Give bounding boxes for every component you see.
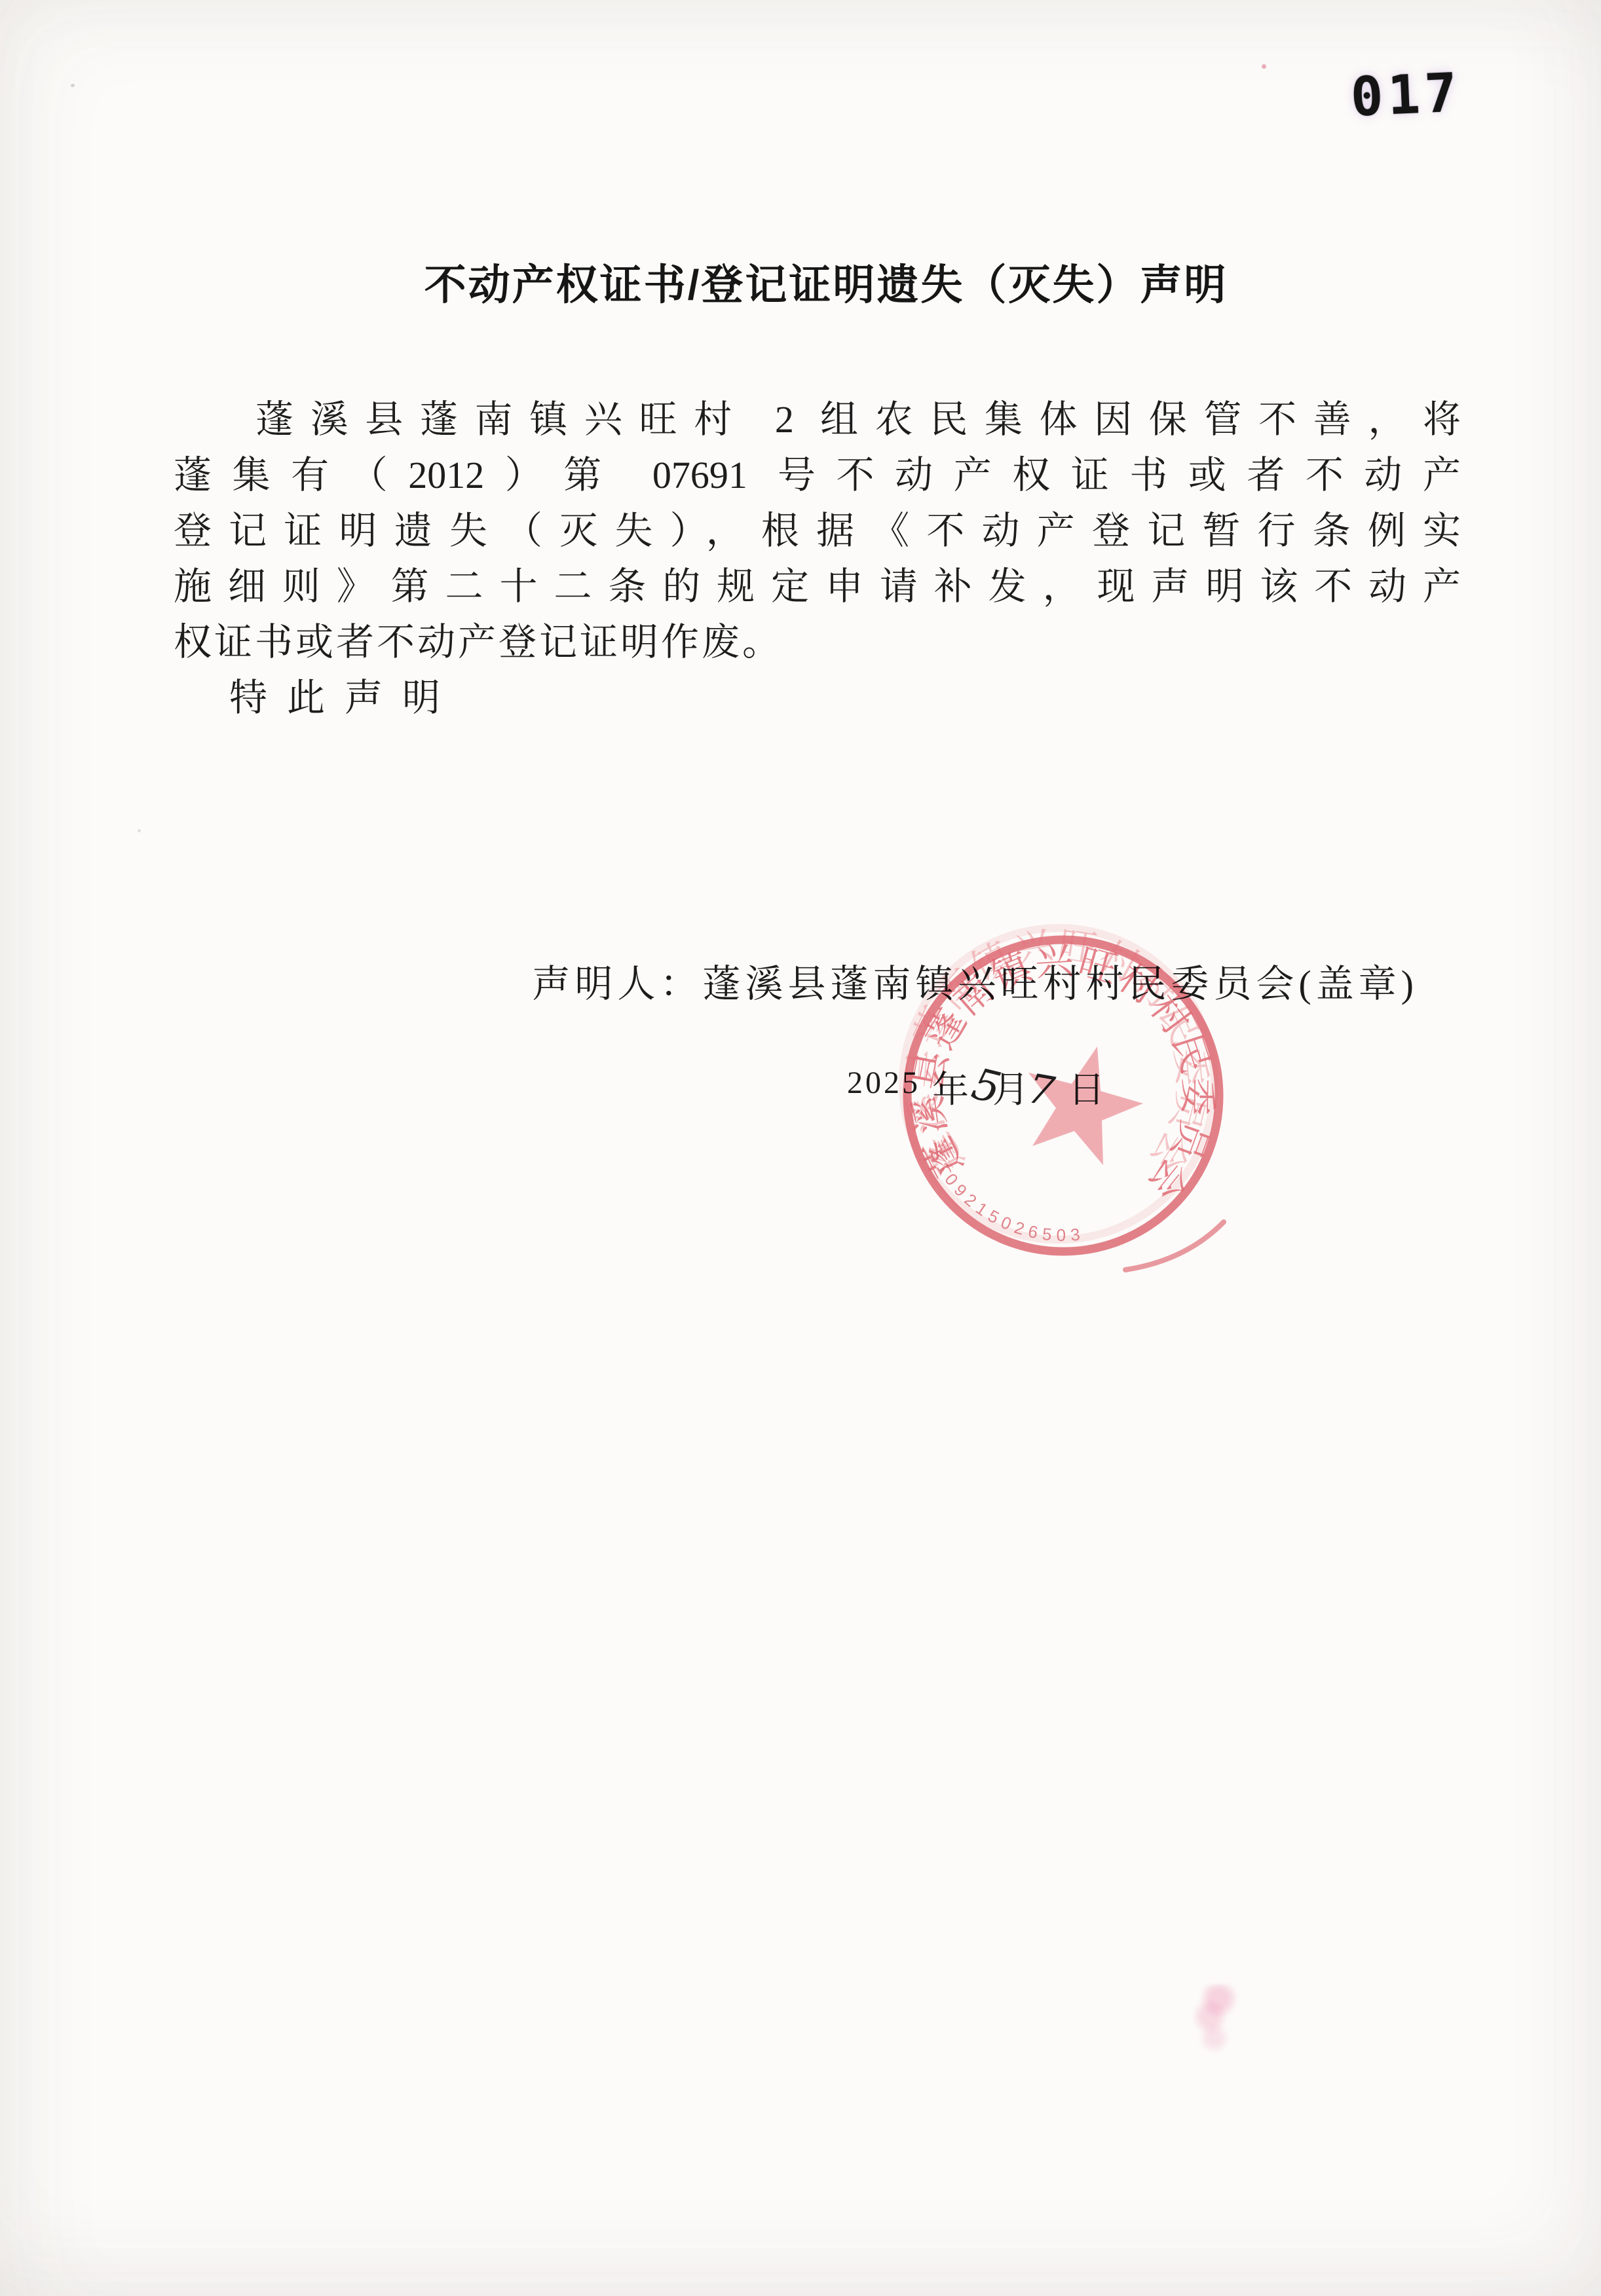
body-line: 权证书或者不动产登记证明作废。 [174, 614, 1461, 670]
body-line: 蓬溪县蓬南镇兴旺村 2 组农民集体因保管不善，将 [174, 392, 1461, 447]
scanned-document-page: 017 不动产权证书/登记证明遗失（灭失）声明 蓬溪县蓬南镇兴旺村 2 组农民集… [0, 0, 1601, 2296]
body-line: 施细则》第二十二条的规定申请补发，现声明该不动产 [174, 559, 1461, 614]
body-paragraph: 蓬溪县蓬南镇兴旺村 2 组农民集体因保管不善，将 蓬集有（2012）第 0769… [174, 392, 1461, 726]
ink-speck [1262, 64, 1266, 69]
official-seal: 蓬溪县蓬南镇兴旺村村民委员会 蓬溪县蓬南镇兴旺村村民委员会 5109215026… [878, 914, 1258, 1293]
scan-speck [138, 829, 141, 832]
body-line: 登记证明遗失（灭失），根据《不动产登记暂行条例实 [174, 503, 1461, 559]
smudge-mark [1194, 1984, 1239, 2056]
page-number-stamp: 017 [1349, 62, 1463, 128]
body-line: 特此声明 [174, 670, 1461, 726]
document-title: 不动产权证书/登记证明遗失（灭失）声明 [0, 251, 1601, 312]
body-line: 蓬集有（2012）第 07691 号不动产权证书或者不动产 [174, 447, 1461, 503]
scan-speck [71, 84, 75, 87]
seal-star-icon [1028, 1046, 1143, 1165]
